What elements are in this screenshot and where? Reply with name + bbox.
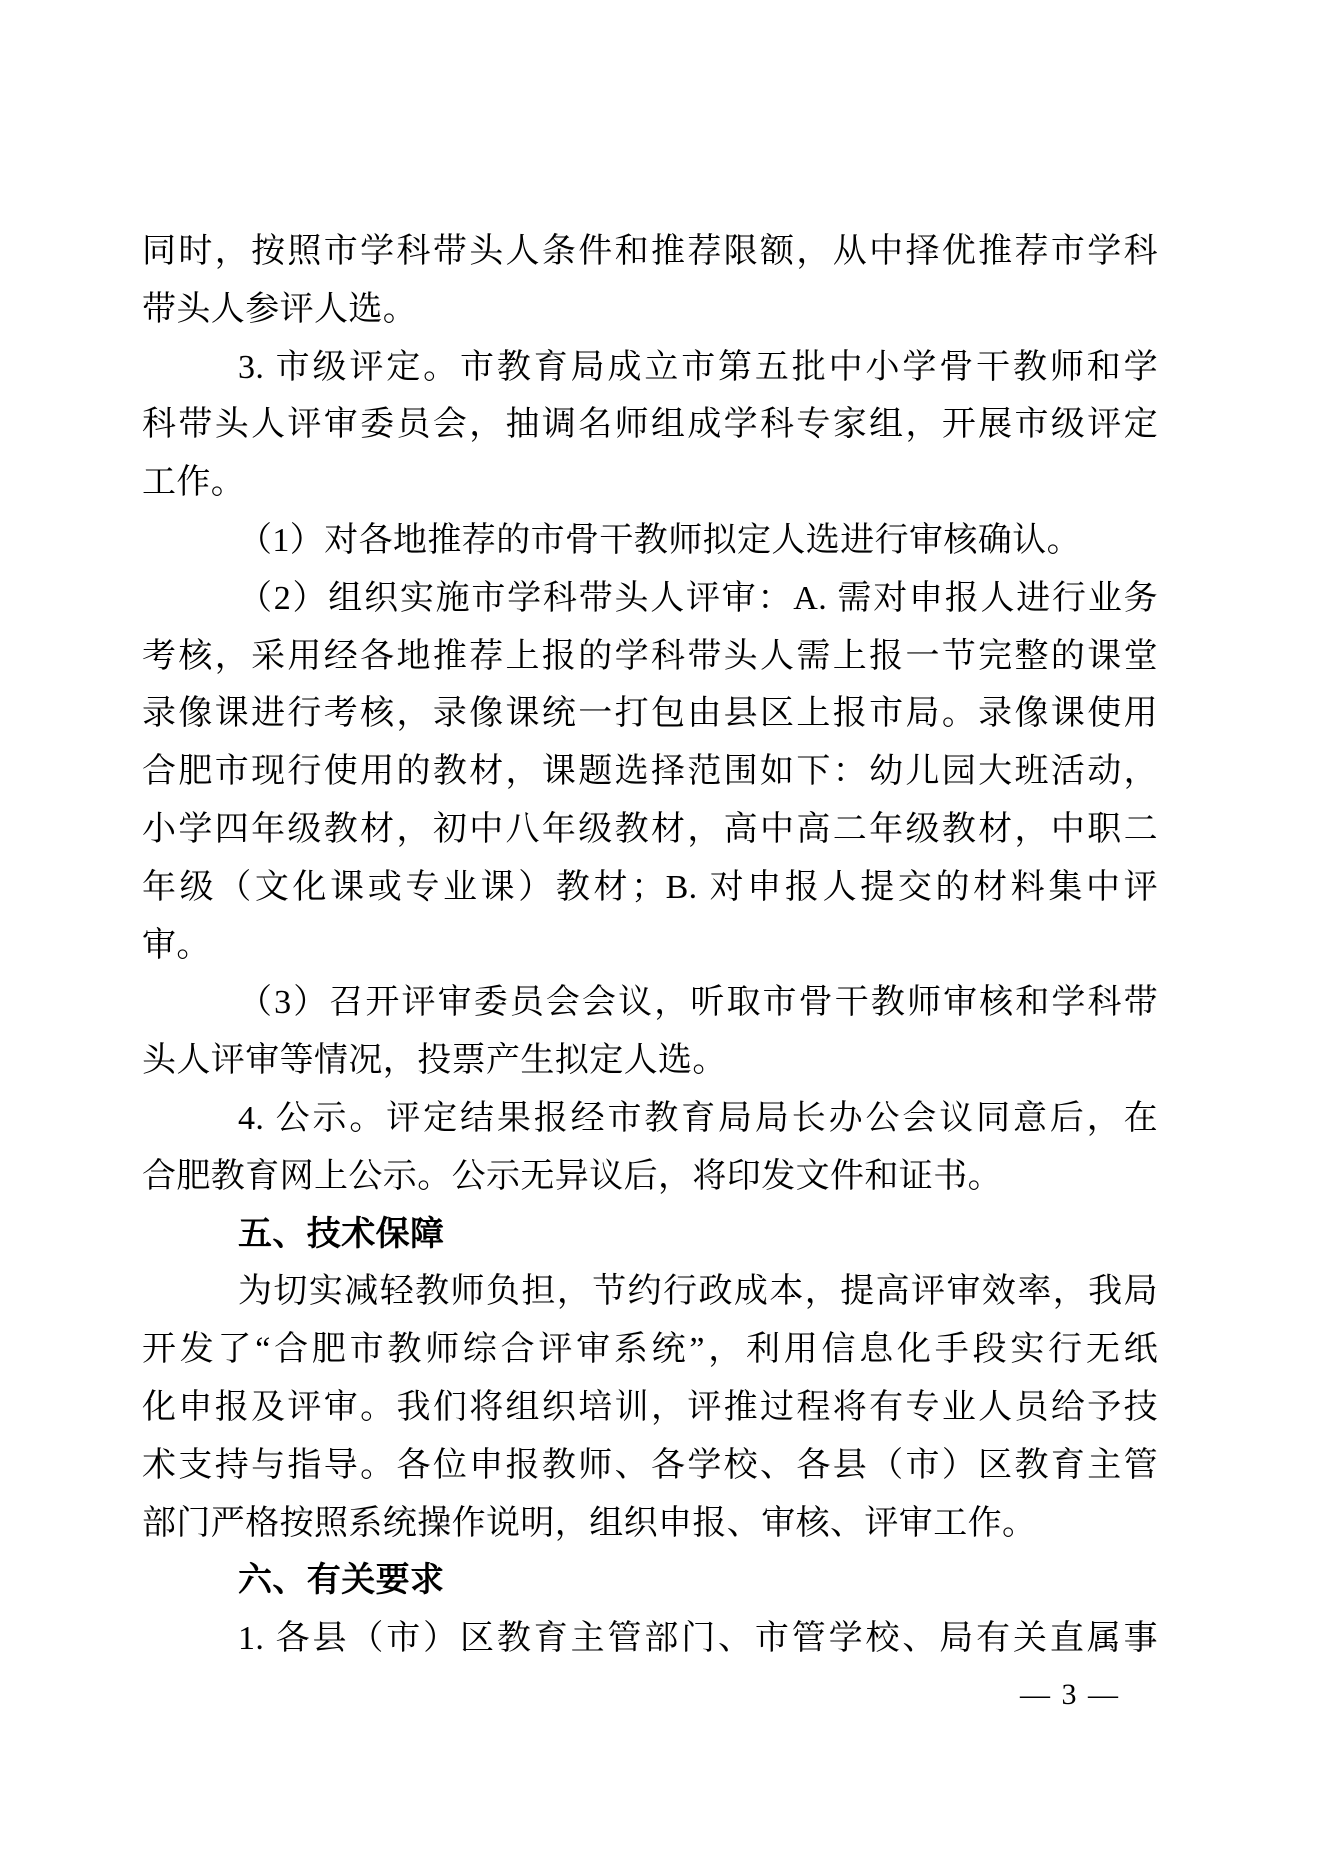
text-line: 开发了“合肥市教师综合评审系统”，利用信息化手段实行无纸 (142, 1321, 1158, 1379)
text-line: 为切实减轻教师负担，节约行政成本，提高评审效率，我局 (142, 1263, 1158, 1321)
section-heading: 五、技术保障 (142, 1206, 1158, 1264)
text-line: 1. 各县（市）区教育主管部门、市管学校、局有关直属事 (142, 1610, 1158, 1668)
text-line: 头人评审等情况，投票产生拟定人选。 (142, 1032, 1158, 1090)
text-line: 录像课进行考核，录像课统一打包由县区上报市局。录像课使用 (142, 685, 1158, 743)
text-line: 同时，按照市学科带头人条件和推荐限额，从中择优推荐市学科 (142, 223, 1158, 281)
section-heading: 六、有关要求 (142, 1552, 1158, 1610)
text-line: （1）对各地推荐的市骨干教师拟定人选进行审核确认。 (142, 512, 1158, 570)
text-line: 年级（文化课或专业课）教材；B. 对申报人提交的材料集中评 (142, 859, 1158, 917)
text-line: 合肥教育网上公示。公示无异议后，将印发文件和证书。 (142, 1148, 1158, 1206)
text-line: 化申报及评审。我们将组织培训，评推过程将有专业人员给予技 (142, 1379, 1158, 1437)
text-line: 合肥市现行使用的教材，课题选择范围如下：幼儿园大班活动， (142, 743, 1158, 801)
text-line: 3. 市级评定。市教育局成立市第五批中小学骨干教师和学 (142, 339, 1158, 397)
text-line: 审。 (142, 917, 1158, 975)
document-body: 同时，按照市学科带头人条件和推荐限额，从中择优推荐市学科带头人参评人选。3. 市… (142, 223, 1158, 1668)
page-number: — 3 — (1020, 1678, 1120, 1712)
text-line: 科带头人评审委员会，抽调名师组成学科专家组，开展市级评定 (142, 396, 1158, 454)
document-page: 同时，按照市学科带头人条件和推荐限额，从中择优推荐市学科带头人参评人选。3. 市… (0, 0, 1323, 1871)
text-line: 带头人参评人选。 (142, 281, 1158, 339)
text-line: 术支持与指导。各位申报教师、各学校、各县（市）区教育主管 (142, 1437, 1158, 1495)
text-line: 部门严格按照系统操作说明，组织申报、审核、评审工作。 (142, 1495, 1158, 1553)
text-line: （2）组织实施市学科带头人评审：A. 需对申报人进行业务 (142, 570, 1158, 628)
text-line: 4. 公示。评定结果报经市教育局局长办公会议同意后，在 (142, 1090, 1158, 1148)
text-line: （3）召开评审委员会会议，听取市骨干教师审核和学科带 (142, 974, 1158, 1032)
text-line: 考核，采用经各地推荐上报的学科带头人需上报一节完整的课堂 (142, 628, 1158, 686)
text-line: 工作。 (142, 454, 1158, 512)
text-line: 小学四年级教材，初中八年级教材，高中高二年级教材，中职二 (142, 801, 1158, 859)
